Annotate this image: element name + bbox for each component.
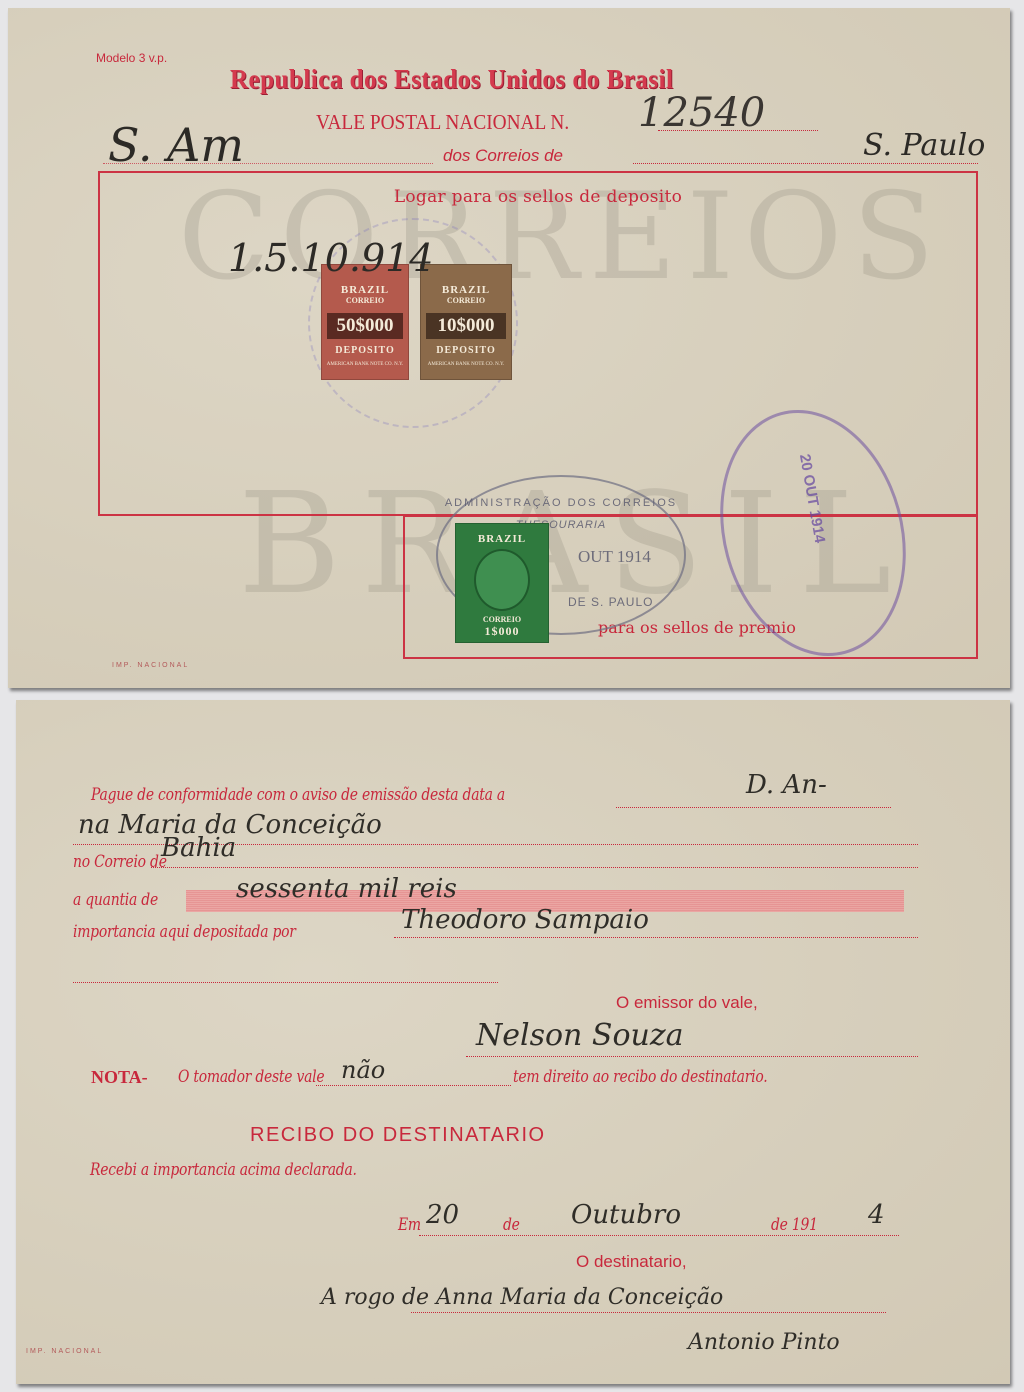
issuer-signature: Nelson Souza (476, 1018, 684, 1053)
pay-instruction-text: Pague de conformidade com o aviso de emi… (91, 785, 505, 805)
recipient-signature-line2: Antonio Pinto (688, 1330, 840, 1355)
date-year-prefix: de 191 (771, 1215, 818, 1235)
date-month-handwritten: Outubro (571, 1200, 681, 1230)
date-day-handwritten: 20 (426, 1200, 459, 1230)
post-office-line (151, 867, 918, 868)
note-text-after: tem direito ao recibo do destinatario. (513, 1067, 767, 1087)
stamp-sub: CORREIO (346, 296, 384, 305)
amount-handwritten: sessenta mil reis (236, 874, 457, 904)
voucher-number: 12540 (638, 90, 765, 136)
stamp-deposit-50000: BRAZIL CORREIO 50$000 DEPOSITO AMERICAN … (321, 264, 409, 380)
date-de-label: de (503, 1215, 520, 1235)
stamp-value: 50$000 (327, 313, 403, 339)
origin-prefix-handwritten: S. Am (108, 118, 244, 172)
stamp-printer: AMERICAN BANK NOTE CO. N.Y. (428, 362, 504, 367)
stamp-premium-1000: BRAZIL CORREIO 1$000 (455, 523, 549, 643)
correios-label: dos Correios de (443, 146, 563, 166)
postmark-date: OUT 1914 (578, 547, 651, 567)
origin-city-handwritten: S. Paulo (863, 128, 985, 163)
date-em-label: Em (398, 1215, 421, 1235)
stamp-country: BRAZIL (442, 284, 490, 296)
money-order-front: CORREIOS BRASIL Modelo 3 v.p. Republica … (8, 8, 1010, 688)
document-title: Republica dos Estados Unidos do Brasil (230, 65, 673, 96)
portrait-icon (474, 549, 530, 611)
stamp-country: BRAZIL (478, 533, 526, 545)
note-text-before: O tomador deste vale (178, 1067, 324, 1087)
payee-line-1 (616, 807, 891, 808)
issuer-signature-line (466, 1056, 918, 1057)
stamp-type: DEPOSITO (436, 345, 496, 356)
depositor-line (394, 937, 918, 938)
post-office-handwritten: Bahia (161, 833, 236, 863)
amount-label: a quantia de (73, 890, 158, 910)
recipient-label: O destinatario, (576, 1252, 687, 1272)
stamp-printer: AMERICAN BANK NOTE CO. N.Y. (327, 362, 403, 367)
payee-name-part1: D. An- (746, 770, 827, 800)
origin-city-line (633, 163, 978, 164)
printer-mark: IMP. NACIONAL (26, 1348, 103, 1355)
deposit-box-label: Logar para os sellos de deposito (100, 187, 976, 207)
stamp-country: BRAZIL (341, 284, 389, 296)
note-handwritten: não (341, 1056, 385, 1084)
stamp-sub: CORREIO (447, 296, 485, 305)
note-line (316, 1085, 511, 1086)
issuer-label: O emissor do vale, (616, 993, 758, 1013)
date-year-handwritten: 4 (868, 1200, 885, 1230)
printer-mark: IMP. NACIONAL (112, 662, 189, 669)
stamp-deposit-10000: BRAZIL CORREIO 10$000 DEPOSITO AMERICAN … (420, 264, 512, 380)
blank-line (73, 982, 498, 983)
deposit-handwritten-date: 1.5.10.914 (228, 236, 433, 280)
receipt-heading: RECIBO DO DESTINATARIO (250, 1124, 546, 1147)
stamp-type: DEPOSITO (335, 345, 395, 356)
violet-postmark-date: 20 OUT 1914 (796, 453, 828, 545)
recipient-signature-line1: A rogo de Anna Maria da Conceição (321, 1285, 723, 1310)
postmark-top-text: ADMINISTRAÇÃO DOS CORREIOS (438, 497, 684, 509)
model-label: Modelo 3 v.p. (96, 51, 167, 65)
depositor-label: importancia aqui depositada por (73, 922, 296, 942)
postmark-city: DE S. PAULO (568, 595, 653, 609)
note-label: NOTA- (91, 1067, 148, 1088)
post-office-label: no Correio de (73, 852, 167, 872)
receipt-date-line (419, 1235, 899, 1236)
stamp-value: 10$000 (426, 313, 505, 339)
voucher-subtitle: VALE POSTAL NACIONAL N. (316, 110, 569, 135)
money-order-back: Pague de conformidade com o aviso de emi… (16, 700, 1010, 1384)
recipient-signature-line (411, 1312, 886, 1313)
receipt-text: Recebi a importancia acima declarada. (90, 1160, 357, 1180)
stamp-sub: CORREIO (483, 615, 521, 624)
stamp-value: 1$000 (485, 624, 520, 639)
depositor-handwritten: Theodoro Sampaio (401, 905, 649, 935)
